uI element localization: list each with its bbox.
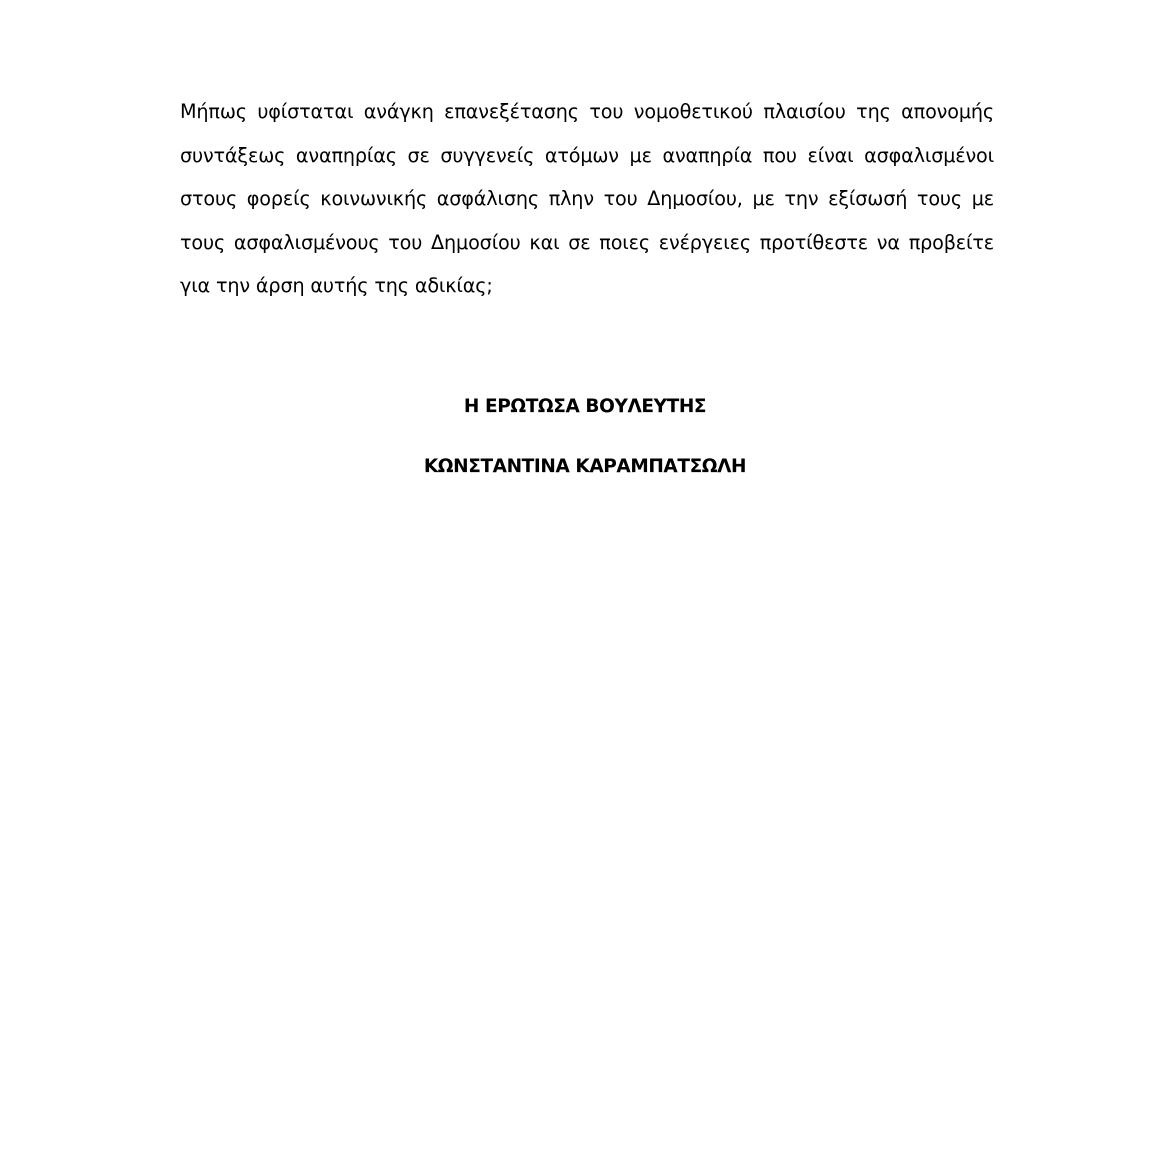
- paragraph-line: συντάξεως αναπηρίας σε συγγενείς ατόμων …: [180, 134, 994, 178]
- paragraph-line: Μήπως υφίσταται ανάγκη επανεξέτασης του …: [180, 90, 994, 134]
- document-page: Μήπως υφίσταται ανάγκη επανεξέτασης του …: [0, 0, 1170, 1170]
- paragraph-line: για την άρση αυτής της αδικίας;: [180, 264, 994, 308]
- signature-title: Η ΕΡΩΤΩΣΑ ΒΟΥΛΕΥΤΗΣ: [0, 396, 1170, 417]
- paragraph-line: τους ασφαλισμένους του Δημοσίου και σε π…: [180, 221, 994, 265]
- question-paragraph: Μήπως υφίσταται ανάγκη επανεξέτασης του …: [180, 90, 994, 308]
- paragraph-line: στους φορείς κοινωνικής ασφάλισης πλην τ…: [180, 177, 994, 221]
- signature-name: ΚΩΝΣΤΑΝΤΙΝΑ ΚΑΡΑΜΠΑΤΣΩΛΗ: [0, 456, 1170, 477]
